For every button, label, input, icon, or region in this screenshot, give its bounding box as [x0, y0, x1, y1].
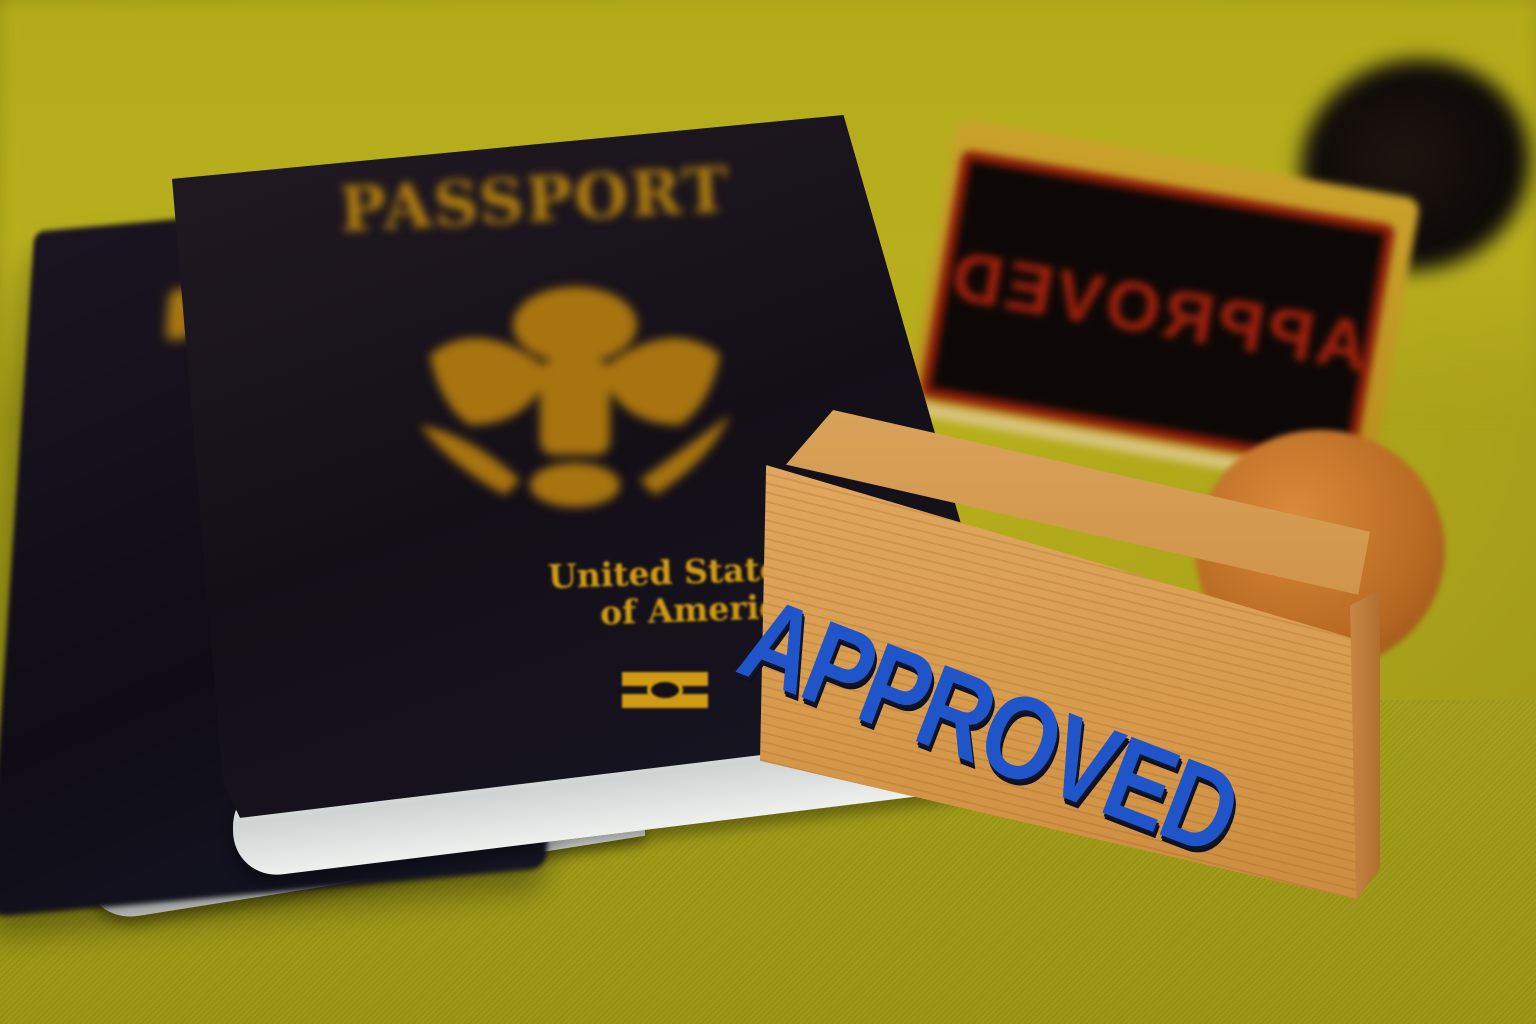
biometric-chip-icon	[620, 670, 710, 710]
front-stamp: APPROVED	[760, 410, 1380, 900]
passport-title: PASSPORT	[303, 151, 766, 248]
eagle-seal-icon	[410, 275, 740, 515]
back-stamp-text: APPROVED	[941, 234, 1373, 387]
photo-scene: APPROVED PASSPORT	[0, 0, 1536, 1024]
